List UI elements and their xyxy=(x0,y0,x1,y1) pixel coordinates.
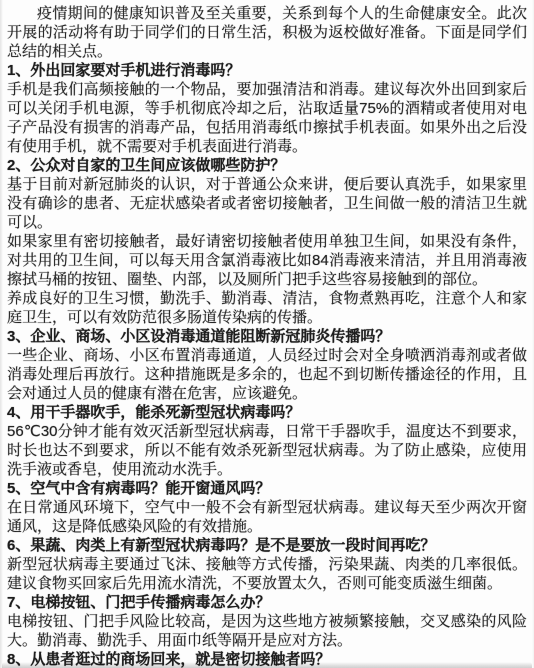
answer-paragraph: 如果家里有密切接触者，最好请密切接触者使用单独卫生间，如果没有条件，对共用的卫生… xyxy=(7,232,527,289)
answer-paragraph: 养成良好的卫生习惯，勤洗手、勤消毒、清洁，食物煮熟再吃，注意个人和家庭卫生，可以… xyxy=(7,289,527,327)
intro-paragraph: 疫情期间的健康知识普及至关重要，关系到每个人的生命健康安全。此次开展的活动将有助… xyxy=(7,4,527,61)
answer-paragraph: 手机是我们高频接触的一个物品，要加强清洁和消毒。建议每次外出回到家后可以关闭手机… xyxy=(7,80,527,156)
question-heading: 8、从患者逛过的商场回来，就是密切接触者吗？ xyxy=(7,650,527,668)
answer-paragraph: 一些企业、商场、小区布置消毒通道，人员经过时会对全身喷洒消毒剂或者做消毒处理后再… xyxy=(7,346,527,403)
question-heading: 6、果蔬、肉类上有新型冠状病毒吗？是不是要放一段时间再吃？ xyxy=(7,536,527,555)
answer-paragraph: 新型冠状病毒主要通过飞沫、接触等方式传播，污染果蔬、肉类的几率很低。建议食物买回… xyxy=(7,555,527,593)
document-page: 疫情期间的健康知识普及至关重要，关系到每个人的生命健康安全。此次开展的活动将有助… xyxy=(0,0,534,668)
answer-paragraph: 基于目前对新冠肺炎的认识，对于普通公众来讲，便后要认真洗手，如果家里没有确诊的患… xyxy=(7,175,527,232)
question-heading: 2、公众对自家的卫生间应该做哪些防护？ xyxy=(7,156,527,175)
question-heading: 7、电梯按钮、门把手传播病毒怎么办？ xyxy=(7,593,527,612)
document-text-body: 疫情期间的健康知识普及至关重要，关系到每个人的生命健康安全。此次开展的活动将有助… xyxy=(0,0,534,668)
question-heading: 1、外出回家要对手机进行消毒吗？ xyxy=(7,61,527,80)
question-heading: 4、用干手器吹手，能杀死新型冠状病毒吗？ xyxy=(7,403,527,422)
question-heading: 3、企业、商场、小区设消毒通道能阻断新冠肺炎传播吗？ xyxy=(7,327,527,346)
question-heading: 5、空气中含有病毒吗？能开窗通风吗？ xyxy=(7,479,527,498)
answer-paragraph: 电梯按钮、门把手风险比较高，是因为这些地方被频繁接触，交叉感染的风险大。勤消毒、… xyxy=(7,612,527,650)
answer-paragraph: 56℃30分钟才能有效灭活新型冠状病毒，日常干手器吹手，温度达不到要求，时长也达… xyxy=(7,422,527,479)
answer-paragraph: 在日常通风环境下，空气中一般不会有新型冠状病毒。建议每天至少两次开窗通风，这是降… xyxy=(7,498,527,536)
